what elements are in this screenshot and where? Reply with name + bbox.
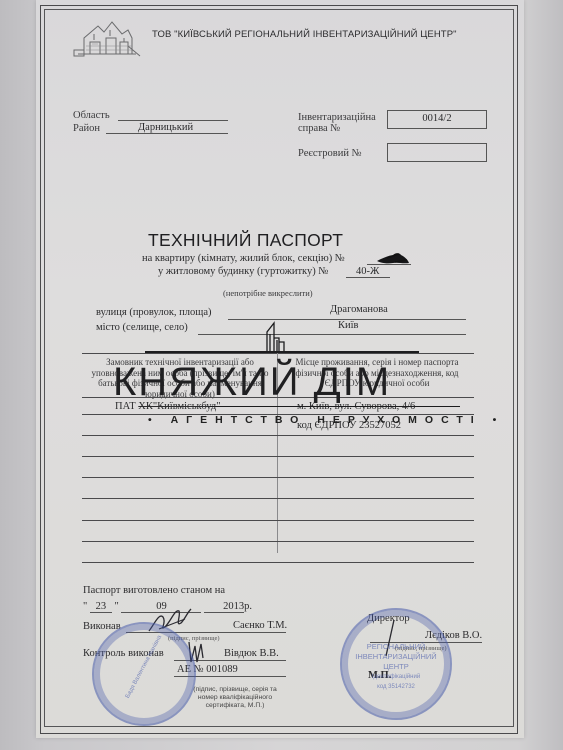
- building-number: 40-Ж: [356, 266, 379, 277]
- street-label: вулиця (провулок, площа): [96, 307, 212, 318]
- watermark-title: КНЯЖИЙ ДІМ: [113, 360, 391, 405]
- city-label: місто (селище, село): [96, 322, 188, 333]
- building-label: у житловому будинку (гуртожитку) №: [158, 266, 328, 277]
- table-row-border: [82, 498, 474, 499]
- date-day: 23: [90, 601, 112, 613]
- registry-number-box: [387, 143, 487, 162]
- city-value: Київ: [338, 320, 359, 331]
- table-row-border: [82, 541, 474, 542]
- region-field-line: [118, 120, 228, 121]
- left-seal-stamp: Бадя Валентина Іванівна: [92, 622, 196, 726]
- table-row-border: [82, 520, 474, 521]
- apartment-label: на квартиру (кімнату, жилий блок, секцію…: [142, 253, 345, 264]
- building-logo-icon: [264, 320, 290, 353]
- control-name: Вівдюк В.В.: [224, 648, 279, 659]
- street-value: Драгоманова: [330, 304, 388, 315]
- table-top-border: [82, 353, 474, 354]
- date-year: 2013: [204, 601, 244, 613]
- table-row-border: [82, 456, 474, 457]
- executor-name: Саєнко Т.М.: [233, 620, 287, 631]
- strike-through-line: [210, 406, 460, 407]
- district-label: Район: [73, 123, 100, 134]
- district-field-line: [106, 133, 228, 134]
- control-note: (підпис, прізвище, серія та номер кваліф…: [190, 686, 280, 710]
- cross-out-note: (непотрібне викреслити): [223, 288, 313, 298]
- document-title: ТЕХНІЧНИЙ ПАСПОРТ: [148, 230, 343, 251]
- left-seal-text: Бадя Валентина Іванівна: [118, 621, 170, 712]
- redacted-mark-icon: [375, 252, 411, 266]
- watermark-subtitle: • АГЕНТСТВО НЕРУХОМОСТІ •: [148, 414, 504, 426]
- registry-number-label: Реєстровий №: [298, 148, 362, 159]
- city-field-line: [198, 334, 466, 335]
- right-seal-text: РЕГІОНАЛЬНИЙ ІНВЕНТАРИЗАЦІЙНИЙ ЦЕНТР Іде…: [342, 642, 450, 692]
- house-drawing-icon: [70, 16, 142, 60]
- table-row-border: [82, 435, 474, 436]
- table-row-border: [82, 477, 474, 478]
- inventory-case-number: 0014/2: [422, 113, 451, 124]
- table-bottom-border: [82, 562, 474, 563]
- inventory-case-label: Інвентаризаційна справа №: [298, 112, 376, 134]
- region-label: Область: [73, 110, 110, 121]
- organization-name: ТОВ "КИЇВСЬКИЙ РЕГІОНАЛЬНИЙ ІНВЕНТАРИЗАЦ…: [152, 29, 457, 40]
- inventory-case-number-box: 0014/2: [387, 110, 487, 129]
- right-seal-stamp: РЕГІОНАЛЬНИЙ ІНВЕНТАРИЗАЦІЙНИЙ ЦЕНТР Іде…: [340, 608, 452, 720]
- building-number-line: [346, 277, 390, 278]
- prepared-label: Паспорт виготовлено станом на: [83, 585, 225, 596]
- district-value: Дарницький: [138, 122, 193, 133]
